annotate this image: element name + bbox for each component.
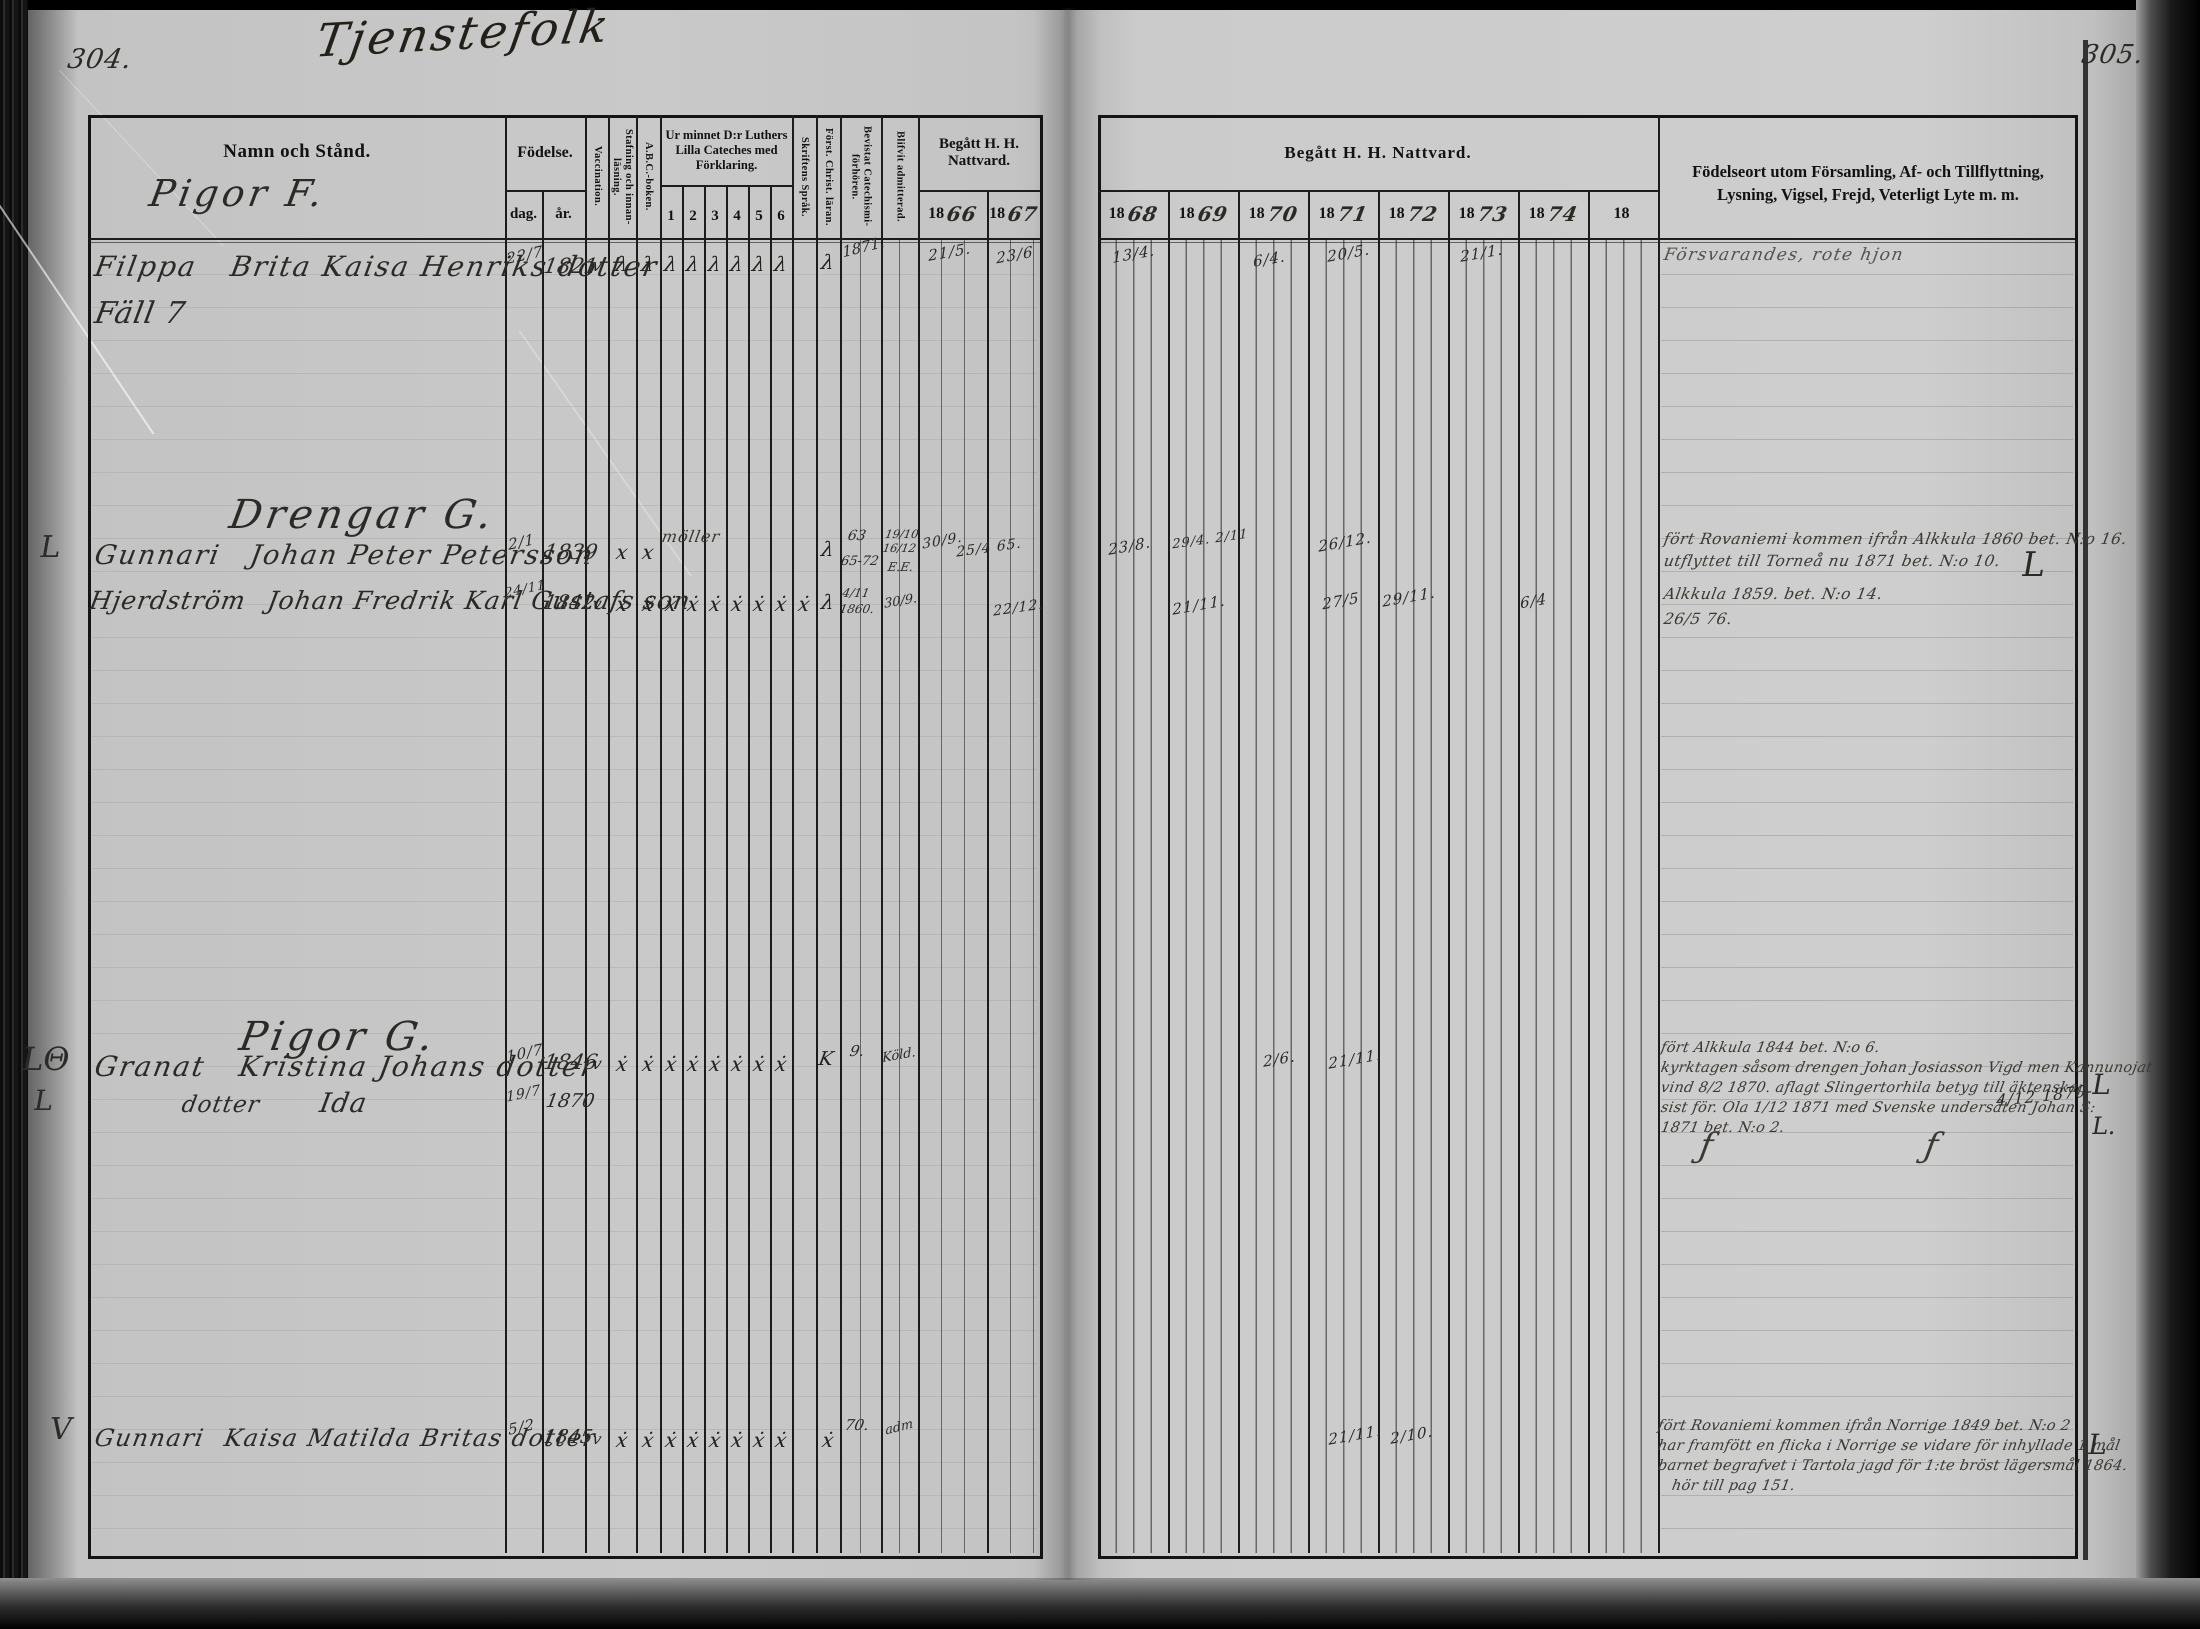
remarks-header-line2: Lysning, Vigsel, Frejd, Veterligt Lyte m…: [1660, 183, 2076, 206]
blifvit-entry: E.E.: [887, 560, 915, 574]
year-printed: 18: [928, 205, 944, 223]
scanned-ledger-spread: 304. 305. Tjenstefolk Namn och Stånd. Pi…: [0, 0, 2200, 1629]
year-printed: 18: [1529, 205, 1545, 223]
abc-mark: ẋ: [635, 592, 661, 616]
stafning-mark: λ: [609, 252, 635, 276]
col-header-bevistat: Bevistat Catechismi-förhören.: [841, 117, 880, 236]
gutter-shadow: [1034, 8, 1100, 1580]
forst-mark: ẋ: [815, 1428, 841, 1452]
cateches-col-1: 1: [660, 198, 682, 234]
margin-mark-right: L.: [2090, 1112, 2121, 1140]
year-handwritten: 72: [1405, 202, 1439, 226]
rule: [1168, 238, 1170, 1553]
year-printed: 18: [1389, 205, 1405, 223]
remark: 26/5 76.: [1662, 610, 1734, 628]
year-handwritten: 70: [1265, 202, 1299, 226]
col-header-stafning: Stafning och innan-läsning.: [609, 117, 635, 236]
bevistat-entry: 63: [847, 528, 868, 544]
cateches-col-4: 4: [726, 198, 748, 234]
row-name-line2: Fäll 7: [92, 296, 189, 331]
rule: [88, 238, 1040, 240]
year-cell-1871: 1871: [1308, 192, 1378, 236]
cateches-col-6: 6: [770, 198, 792, 234]
remark: utflyttet till Torneå nu 1871 bet. N:o 1…: [1662, 552, 2001, 570]
cateches-col-5: 5: [748, 198, 770, 234]
surname: Gunnari: [93, 1424, 207, 1452]
margin-mark: LΘ: [19, 1040, 73, 1078]
surname: Hjerdström: [87, 586, 248, 615]
remark: hör till pag 151.: [1671, 1478, 1797, 1494]
year-handwritten: 67: [1006, 202, 1040, 226]
year-handwritten: 69: [1195, 202, 1229, 226]
col-header-forst-christ: Först. Christ. läran.: [817, 117, 839, 236]
year-printed: 18: [989, 205, 1005, 223]
remark: fört Rovaniemi kommen ifrån Alkkula 1860…: [1662, 530, 2128, 548]
page-number-left: 304.: [65, 44, 135, 75]
remark: barnet begrafvet i Tartola jagd för 1:te…: [1657, 1458, 2129, 1474]
year-printed: 18: [1459, 205, 1475, 223]
col-header-remarks: Födelseort utom Församling, Af- och Till…: [1660, 160, 2076, 206]
year-handwritten: 68: [1125, 202, 1159, 226]
cateches-mark: λ: [768, 252, 794, 276]
col-header-ar: år.: [542, 192, 585, 236]
forst-mark: λ: [815, 590, 841, 614]
cateches-mark: ẋ: [768, 1428, 794, 1452]
blifvit-entry: 19/10 16/12: [882, 528, 921, 556]
year-cell-1870: 1870: [1238, 192, 1308, 236]
year-cell-1868: 1868: [1098, 192, 1168, 236]
bevistat-entry: 70.: [843, 1416, 870, 1434]
col-header-namn: Namn och Stånd.: [90, 138, 504, 166]
stafning-mark: ẋ: [609, 1428, 635, 1452]
page-number-right: 305.: [2079, 40, 2146, 70]
birth-year: 1839: [542, 540, 600, 564]
surname: Granat: [92, 1050, 208, 1083]
remark: Alkkula 1859. bet. N:o 14.: [1662, 585, 1884, 603]
col-header-blifvit: Blifvit admitterad.: [882, 117, 917, 236]
rule: [1238, 238, 1240, 1553]
abc-mark: ẋ: [635, 1428, 661, 1452]
rule: [1588, 238, 1590, 1553]
col-header-fodelse: Födelse.: [505, 120, 585, 186]
remark: fört Rovaniemi kommen ifrån Norrige 1849…: [1657, 1418, 2072, 1434]
rule: [660, 185, 794, 187]
scan-top-band: [0, 0, 2200, 10]
vaccination-mark: v: [584, 1054, 609, 1073]
year-printed: 18: [1249, 205, 1265, 223]
year-cell-1872: 1872: [1378, 192, 1448, 236]
year-printed: 18: [1319, 205, 1335, 223]
col-header-nattvard-left: Begått H. H. Nattvard.: [918, 120, 1040, 186]
remarks-ruling: [1661, 242, 2073, 1550]
surname: Filppa: [92, 250, 200, 283]
vaccination-mark: v: [584, 1430, 609, 1448]
abc-mark: x: [635, 540, 661, 564]
stafning-mark: ẋ: [609, 592, 635, 616]
col-header-skriftens: Skriftens Språk.: [793, 117, 815, 236]
year-handwritten: 71: [1335, 202, 1369, 226]
cateches-col-2: 2: [682, 198, 704, 234]
cateches-note: möller: [660, 527, 722, 546]
year-cell-1874: 1874: [1518, 192, 1588, 236]
remark: har framfött en flicka i Norrige se vida…: [1657, 1438, 2122, 1454]
col-header-dag: dag.: [505, 192, 542, 236]
col-header-vaccination: Vaccination.: [586, 117, 608, 236]
vaccination-mark: v: [584, 256, 610, 276]
remark: Försvarandes, rote hjon: [1662, 245, 1905, 265]
rule: [1518, 238, 1520, 1553]
section-heading-drengar: Drengar G.: [226, 492, 499, 538]
cateches-col-3: 3: [704, 198, 726, 234]
abc-mark: ẋ: [635, 1052, 661, 1076]
year-cell-blank: 18: [1588, 192, 1658, 236]
namn-section-handwritten: Pigor F.: [146, 172, 329, 215]
cateches-mark: ẋ: [768, 1052, 794, 1076]
row-name-line2: dotter: [180, 1092, 262, 1118]
forst-mark: λ: [815, 537, 841, 561]
birth-year: 1870: [544, 1090, 596, 1112]
forst-mark: K: [813, 1048, 839, 1070]
year-printed: 18: [1179, 205, 1195, 223]
year-printed: 18: [1109, 205, 1125, 223]
cateches-mark: ẋ: [768, 592, 794, 616]
faint-row-ruling: [92, 242, 1038, 1550]
scan-right-band: [2136, 0, 2200, 1629]
rule: [1658, 115, 1660, 1553]
year-cell-1867: 1867: [987, 192, 1040, 236]
remarks-header-line1: Födelseort utom Församling, Af- och Till…: [1660, 160, 2076, 183]
remark: kyrktagen såsom drengen Johan Josiasson …: [1660, 1060, 2154, 1076]
year-printed: 18: [1614, 205, 1630, 223]
col-header-abc: A.B.C.-boken.: [637, 117, 659, 236]
rule: [1448, 238, 1450, 1553]
col-header-cateches: Ur minnet D:r Luthers Lilla Cateches med…: [662, 118, 791, 182]
abc-mark: λ: [635, 252, 661, 276]
remark: 1871 bet. N:o 2.: [1660, 1120, 1786, 1136]
page-edge-line: [2083, 40, 2088, 1560]
forst-mark: λ: [815, 250, 841, 274]
bevistat-entry: 65-72: [840, 554, 880, 569]
vaccination-mark: v: [584, 594, 609, 613]
spine-shadow: [28, 8, 78, 1580]
bevistat-entry: 4/11 1860.: [838, 586, 883, 617]
year-handwritten: 73: [1475, 202, 1509, 226]
surname: Gunnari: [92, 540, 223, 571]
col-header-nattvard-right: Begått H. H. Nattvard.: [1098, 122, 1658, 184]
year-cell-1866: 1866: [918, 192, 987, 236]
row-name-line2: Ida: [317, 1088, 370, 1119]
year-cell-1873: 1873: [1448, 192, 1518, 236]
rule: [1378, 238, 1380, 1553]
year-handwritten: 74: [1545, 202, 1579, 226]
remark: fört Alkkula 1844 bet. N:o 6.: [1660, 1040, 1882, 1056]
scan-bottom-band: [0, 1578, 2200, 1629]
year-cell-1869: 1869: [1168, 192, 1238, 236]
skriftens-mark: ẋ: [791, 592, 817, 616]
stafning-mark: x: [609, 540, 635, 564]
year-handwritten: 66: [945, 202, 979, 226]
stafning-mark: ẋ: [609, 1052, 635, 1076]
rule: [1308, 238, 1310, 1553]
